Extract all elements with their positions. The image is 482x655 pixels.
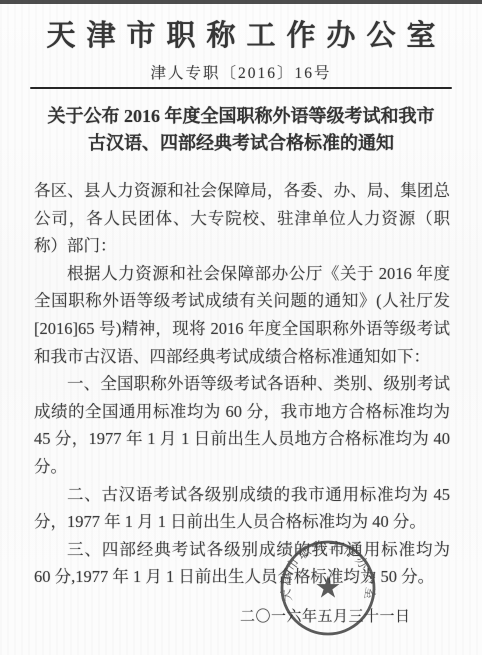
document-title-line1: 关于公布 2016 年度全国职称外语等级考试和我市: [0, 103, 482, 130]
issue-date: 二〇一六年五月三十一日: [240, 605, 411, 626]
paragraph-item-3: 三、四部经典考试各级别成绩的我市通用标准均为 60 分,1977 年 1 月 1…: [34, 536, 450, 591]
paragraph-basis: 根据人力资源和社会保障部办公厅《关于 2016 年度全国职称外语等级考试成绩有关…: [34, 260, 450, 370]
seal-star-icon: ★: [315, 572, 342, 605]
paragraph-item-2: 二、古汉语考试各级别成绩的我市通用标准均为 45 分，1977 年 1 月 1 …: [34, 481, 450, 536]
paragraph-item-1: 一、全国职称外语等级考试各语种、类别、级别考试成绩的全国通用标准均为 60 分，…: [34, 370, 450, 480]
salutation: 各区、县人力资源和社会保障局，各委、办、局、集团总公司，各人民团体、大专院校、驻…: [34, 177, 450, 260]
issuing-org-title: 天津市职称工作办公室: [0, 13, 482, 54]
document-title: 关于公布 2016 年度全国职称外语等级考试和我市 古汉语、四部经典考试合格标准…: [0, 103, 482, 157]
document-title-line2: 古汉语、四部经典考试合格标准的通知: [0, 130, 482, 157]
header-divider: [30, 87, 452, 89]
document-body: 各区、县人力资源和社会保障局，各委、办、局、集团总公司，各人民团体、大专院校、驻…: [34, 177, 450, 591]
document-number: 津人专职〔2016〕16号: [0, 61, 482, 83]
scanned-document-page: 天津市职称工作办公室 津人专职〔2016〕16号 关于公布 2016 年度全国职…: [0, 0, 482, 655]
scan-edge-artifact: [0, 0, 482, 4]
